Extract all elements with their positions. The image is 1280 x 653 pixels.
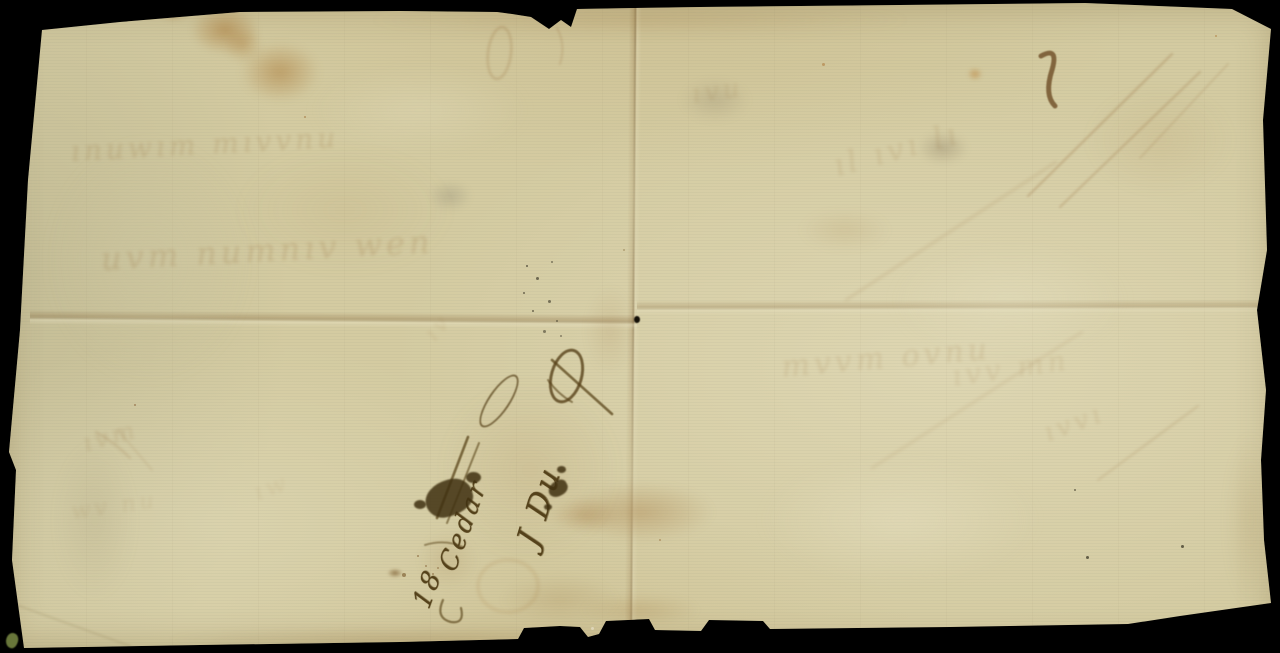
- ink-stroke: [846, 162, 1056, 300]
- stain-mark: [580, 593, 700, 627]
- paper-speck: [623, 249, 625, 251]
- stain-mark: [418, 530, 478, 590]
- ink-stroke: [1098, 406, 1198, 480]
- stain-mark: [550, 497, 620, 533]
- ghost-writing: uvm numnıv wen: [100, 217, 531, 277]
- stain-mark: [158, 2, 188, 22]
- stain-mark: [967, 67, 983, 81]
- paper-speck: [1215, 35, 1217, 37]
- stroke-layer: [0, 0, 1280, 653]
- paper-speck: [134, 404, 136, 406]
- paper-speck: [526, 265, 528, 267]
- fold-intersection-hole: [634, 316, 640, 323]
- address-line-2: Cedar: [434, 474, 495, 577]
- stain-mark: [387, 568, 403, 578]
- address-line-1: J Du: [509, 460, 568, 553]
- stain-mark: [240, 42, 320, 102]
- ink-stroke: [1060, 72, 1200, 207]
- paper-speck: [417, 555, 419, 557]
- ink-stroke: [548, 380, 572, 402]
- stain-mark: [55, 440, 135, 600]
- ghost-writing: ıvm: [80, 391, 232, 457]
- ink-blot: [557, 466, 566, 473]
- ink-stroke: [1028, 54, 1172, 196]
- ink-blot: [544, 504, 552, 510]
- pen-flourish-loop: [543, 345, 590, 408]
- ink-stroke: [96, 432, 130, 458]
- stain-mark: [428, 180, 472, 212]
- paper-fiber: [3, 631, 20, 650]
- horizontal-fold-crease-right: [637, 299, 1273, 315]
- paper-speck: [402, 573, 406, 577]
- ink-stroke: [872, 332, 1082, 468]
- stain-mark: [890, 240, 1130, 360]
- ink-blot: [421, 474, 477, 521]
- ink-blot: [546, 477, 571, 500]
- paper-speck: [432, 573, 434, 575]
- ink-stroke: [557, 28, 562, 64]
- stain-mark: [50, 140, 250, 380]
- stain-mark: [310, 65, 530, 155]
- ghost-writing: ıvu: [690, 52, 892, 110]
- ghost-writing: ıw: [250, 425, 410, 506]
- stain-mark: [917, 131, 969, 165]
- paper-speck: [543, 330, 546, 333]
- stain-mark: [680, 78, 750, 122]
- paper-speck: [591, 627, 594, 630]
- stain-mark: [565, 482, 715, 542]
- paper-speck: [1074, 489, 1076, 491]
- ghost-writing: ınuwım mıvvnu: [70, 115, 451, 168]
- paper-speck: [304, 116, 306, 118]
- paper-speck: [822, 63, 825, 66]
- stain-mark: [190, 5, 260, 55]
- paper-speck: [425, 565, 427, 567]
- stain-mark: [160, 627, 640, 653]
- stain-mark: [223, 27, 263, 63]
- ink-stroke: [478, 560, 538, 612]
- paper-speck: [551, 261, 553, 263]
- ghost-writing: ıvv mn: [950, 328, 1182, 393]
- stain-mark: [440, 380, 620, 560]
- ink-stroke: [118, 430, 152, 470]
- stain-mark: [235, 145, 455, 275]
- ink-stroke: [1140, 64, 1228, 158]
- ink-stroke: [440, 600, 462, 622]
- paper-speck: [1086, 556, 1089, 559]
- stain-mark: [1225, 430, 1275, 610]
- paper-speck: [532, 310, 534, 312]
- ghost-writing: ıl ıvı lı: [830, 78, 1110, 184]
- stain-mark: [800, 210, 890, 250]
- ink-blot: [466, 472, 481, 483]
- horizontal-fold-crease-left: [30, 310, 637, 330]
- ghost-writing: ıvvı: [1040, 355, 1229, 448]
- stain-mark: [1085, 85, 1235, 195]
- vertical-fold-crease: [625, 6, 642, 638]
- stain-mark: [500, 575, 620, 625]
- paper-speck: [523, 292, 525, 294]
- paper-sheet: ınuwım mıvvnuuvm numnıv wenıvmwv numvvm …: [0, 0, 1280, 653]
- ink-stroke: [1041, 53, 1055, 106]
- paper-speck: [559, 629, 562, 632]
- ink-stroke: [437, 437, 468, 518]
- stain-mark: [585, 285, 635, 375]
- stain-mark: [360, 5, 920, 35]
- paper-speck: [548, 300, 551, 303]
- scanned-letter-verso: ınuwım mıvvnuuvm numnıv wenıvmwv numvvm …: [0, 0, 1280, 653]
- ghost-flourish-loop: [484, 25, 515, 82]
- paper-speck: [1181, 545, 1184, 548]
- ghost-writing: mvvm ovnu: [780, 324, 1082, 385]
- ink-stroke: [14, 604, 130, 646]
- ink-stroke: [447, 443, 479, 523]
- paper-speck: [421, 577, 423, 579]
- address-line-3: 18: [408, 564, 450, 614]
- paper-speck: [522, 632, 525, 635]
- pen-flourish-loop: [473, 369, 526, 433]
- ghost-writing: ıv: [420, 261, 497, 346]
- ink-stroke: [552, 360, 612, 414]
- ink-blot: [414, 500, 426, 509]
- paper-speck: [560, 335, 562, 337]
- ghost-writing: wv nu: [70, 475, 252, 525]
- paper-speck: [437, 567, 439, 569]
- paper-speck: [659, 539, 661, 541]
- stain-mark: [760, 455, 1040, 585]
- ink-stroke: [425, 542, 463, 547]
- paper-speck: [556, 320, 558, 322]
- paper-speck: [536, 277, 539, 280]
